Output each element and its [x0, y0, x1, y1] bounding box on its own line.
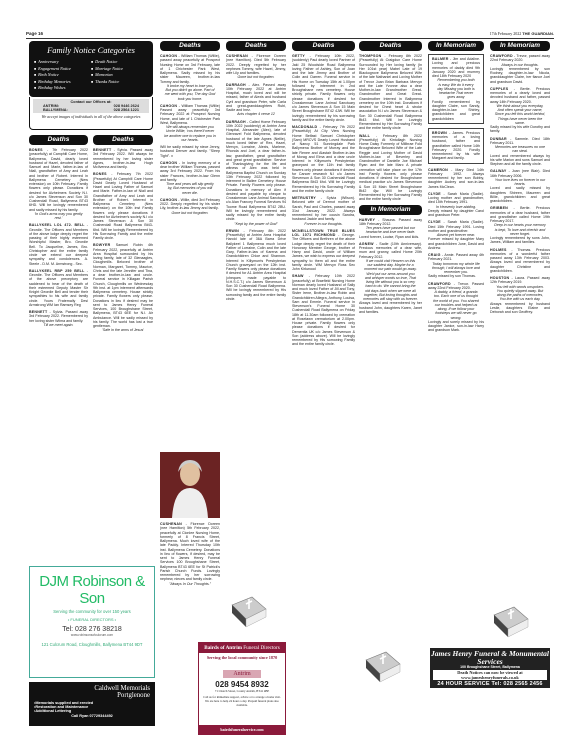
office-name: BALLYMENA: [43, 108, 68, 112]
notice: HOLMES - Thomas. Precious memories of a … [490, 248, 550, 274]
notice-body: CAHOON - William Thomas (Willie), passed… [160, 54, 220, 84]
ad-place: Portglenone [34, 692, 150, 699]
notice-body: BROWN - James. Precious memories of a lo… [432, 131, 480, 161]
notice-verse: Remembering you both is easy We do it ev… [436, 78, 476, 99]
notice-text: - February 7th 2022 (Peacefully) At City… [292, 125, 355, 193]
notice: BALMER - Jim and Adaline. Loving and pre… [428, 54, 484, 124]
notice-verse: 'In God's arms may you gently rest.' [33, 212, 84, 221]
notice: AGNEW - Sadie (10th Anniversary). Precio… [359, 242, 422, 314]
notice-signoff: Sadly missed by his wife Dorothy and fam… [490, 125, 550, 134]
notice: ERWIN - February 8th 2022 (Peacefully) a… [226, 229, 286, 301]
notice-signoff: Loved and sadly missed by daughters Shir… [490, 186, 550, 203]
notice-verse: Gone but not forgotten. [164, 211, 216, 215]
ad-caldwell-memorials[interactable]: Caldwell MemorialsPortglenone Memorials … [29, 682, 155, 726]
bible-icon [490, 605, 530, 639]
contact-offices: Contact our Offices at: ANTRIM:028 9446 … [33, 99, 149, 113]
notice-text: - Florence Doreen (nee Hamilton) 5th Feb… [160, 522, 220, 581]
notice: BENNETT - Sylvia. Passed away 3rd Februa… [29, 310, 88, 327]
page-number: Page 16 [26, 31, 43, 36]
column-deaths-2: Deaths BENNETT - Sylvia. Passed away 3rd… [93, 135, 153, 565]
ad-address: 121 Culcrum Road, Cloughmills, Ballymena… [30, 642, 154, 647]
category-item: Memorian [91, 72, 148, 79]
contact-box: Contact our Offices at: ANTRIM:028 9446 … [29, 97, 153, 130]
column-memoriam-1: In Memoriam BALMER - Jim and Adaline. Lo… [428, 41, 484, 651]
notice-signoff: Loved forever, Louise, Ryan and kids. [359, 235, 422, 239]
notice-body: GALWAY - Joan (nee Blair). Died 16th Feb… [490, 169, 550, 178]
notice-body: ERWIN - February 8th 2022 (Peacefully) a… [226, 229, 286, 301]
notice-text: - February 8th 2022 (Peacefully) At Crai… [359, 54, 422, 130]
notice-body: DARRAGH - Alex. Passed away 10th Februar… [226, 83, 286, 113]
notice: CLYDE - Sarah Maria (Sadie). Died 15th F… [428, 220, 484, 250]
notice-signoff: Lovingly remembered by son Rodney, daugh… [490, 67, 550, 84]
categories-title: Family Notice Categories [34, 45, 148, 55]
notice-verse: Forever in our thoughts. [296, 222, 351, 226]
notice-signoff: Sadly missed by son Thomas. [428, 274, 484, 278]
notice: THOMPSON - February 8th 2022 (Peacefully… [359, 54, 422, 131]
notice: BONES - 7th February 2022 (peacefully) a… [29, 148, 88, 220]
notice-verse: It broke my heart to lose you, But you d… [164, 84, 216, 101]
section-heading-in-memoriam: In Memoriam [359, 205, 422, 215]
notice-body: MCNEILLSTOWN TRUE BLUES LOL 1071 RICHMON… [292, 229, 355, 272]
notice: DARRAGH - Called Home February 10th 2022… [226, 120, 286, 226]
notice-text: - Geordie. The Officers and Members of t… [29, 223, 88, 265]
notice-verse: If we could visit Heaven on this our sad… [363, 259, 418, 302]
page-header: Page 16 17th February 2022 THE GUARDIAN. [26, 31, 554, 39]
notice-body: BALLYKEEL RBP 259 BELL - Geordie. The Of… [29, 269, 88, 307]
notice: CLYDE - Sarah Maria (Sadie). Loving moth… [428, 192, 484, 218]
ad-header: Bairds of Antrim Funeral Directors [199, 643, 285, 653]
notice-body: CLYDE - Sarah Maria (Sadie). Died 15th F… [428, 220, 484, 233]
ad-phone: 028 9454 8932 [199, 680, 285, 689]
notice: DARRAGH - Alex. Passed away 10th Februar… [226, 83, 286, 117]
ad-blurb: Call us for immediate support, advice or… [199, 695, 285, 707]
notice-verse: Today tomorrow my whole life through, I … [432, 262, 480, 275]
office-ballymena: BALLYMENA:028 2564 1221 [33, 108, 149, 112]
notice-body: MACDONALD - February 7th 2022 (Peacefull… [292, 125, 355, 193]
notice-body: CRAWFORD - Trevor. Passed away 22nd Febr… [428, 282, 484, 291]
section-heading-deaths: Deaths [93, 135, 153, 145]
notice-body: CUPPLES - Bertie. Precious memories of a… [490, 87, 550, 104]
ad-name: Bairds of Antrim [204, 645, 242, 651]
ad-call: Call Ryan 07729344492 [34, 714, 150, 718]
notice-body: CAHOON - Willie, died 3rd February 2022.… [160, 198, 220, 211]
notice: BONES - February 7th 2022 (Peacefully) A… [93, 172, 153, 240]
category-item: Birthday Memories [34, 79, 91, 86]
column-deaths-6: Deaths THOMPSON - February 8th 2022 (Pea… [359, 41, 422, 681]
notice-signoff: Lovingly remembered by sons John, James,… [490, 236, 550, 245]
notice: DUNBAR - Sammie. Died 18th February 2011… [490, 137, 550, 167]
notice-body: CAHOON - In loving memory of a dear brot… [160, 161, 220, 182]
column-deaths-5: Deaths GETTY - February 10th 2022, (sudd… [292, 41, 355, 581]
notice-verse: Time and years will slip gently by, But … [164, 182, 216, 195]
notice: MCNEILLSTOWN TRUE BLUES LOL 1071 RICHMON… [292, 229, 355, 272]
notice: CAHOON - Willie, died 3rd February 2022.… [160, 198, 220, 215]
notice-verse: 'Safe in the arms of Jesus' [97, 328, 149, 332]
categories-list: AnniversaryDeath NoticeEngagement Notice… [34, 59, 148, 92]
notice-signoff: Always loved and remembered by her husba… [359, 301, 422, 314]
notice-verse: We will always remember you Uncle Willie… [164, 125, 216, 142]
notice: CUSHENAN - Florence Doreen (nee Hamilton… [160, 522, 220, 586]
notice-body: CLYDE - Sarah Maria (Sadie). Loving moth… [428, 192, 484, 205]
notice-body: SHAW - February 10th 2022 (peacefully) a… [292, 274, 355, 346]
notice: CUPPLES - Bertie. Precious memories of a… [490, 87, 550, 134]
notice-body: Will be sadly missed by niece Jenny, hus… [160, 145, 220, 158]
images-note: We accept images of individuals in all o… [33, 114, 149, 119]
ad-bairds-of-antrim[interactable]: Bairds of Antrim Funeral Directors Servi… [198, 642, 286, 735]
notice-body: CAMERON - Mary Died 14th February 1992. … [428, 168, 484, 189]
ad-tagline: Serving the community for over 150 years [30, 609, 154, 614]
notice: GALWAY - Joan (nee Blair). Died 16th Feb… [490, 169, 550, 203]
section-heading-in-memoriam: In Memoriam [428, 41, 484, 51]
category-item: Engagement Notice [34, 66, 91, 73]
notice-verse: Deep in our hearts your memory is kept, … [494, 223, 546, 236]
category-item: Death Notice [91, 59, 148, 66]
bible-icon [362, 650, 402, 684]
notice-body: DUNBAR - Sammie. Died 18th February 2011… [490, 137, 550, 146]
section-heading-deaths: Deaths [160, 41, 220, 51]
notice-verse: We think about you everyday, And often s… [494, 104, 546, 125]
notice-verse: Gone but not forgotten. [230, 75, 282, 79]
section-heading-deaths: Deaths [29, 135, 88, 145]
column-deaths-3c: CUSHENAN - Florence Doreen (nee Hamilton… [160, 522, 220, 642]
issue-date: 17th February 2022 [490, 31, 522, 36]
family-notice-categories: Family Notice Categories AnniversaryDeat… [29, 41, 153, 97]
notice-body: CAHOON - William Thomas (Willie) Passed … [160, 104, 220, 125]
notice: BALLYKEEL RBP 259 BELL - Geordie. The Of… [29, 269, 88, 307]
notice-body: THOMPSON - February 8th 2022 (Peacefully… [359, 54, 422, 131]
ad-website[interactable]: bairdsfuneralservice.com [199, 725, 285, 734]
notice-body: HARVEY - Shauna. Passed away 18th Februa… [359, 218, 422, 227]
notice: BROWN - James. Precious memories of a lo… [428, 128, 484, 164]
notice-signoff: Loved and remembered always by his wife … [490, 154, 550, 167]
notice: BALLYKEEL LOL 472. BELL - Geordie. The O… [29, 223, 88, 266]
ad-notice[interactable]: Death Notices can now be viewed at www.j… [433, 670, 547, 680]
ad-phone: 24 HOUR SERVICE Tel: 028 2565 2456 [430, 681, 550, 687]
deceased-photo [160, 452, 220, 518]
notice-body: WALL - February 8th 2022 (Peacefully) At… [359, 134, 422, 202]
column-deaths-1: Deaths BONES - 7th February 2022 (peacef… [29, 135, 88, 565]
notice-verse: Ten years have passed but our heartache … [363, 226, 418, 235]
notice: CRAWFORD - Trevor, passed away 22nd Febr… [490, 54, 550, 84]
notice-text: - Sylvia (Wilson). Beloved wife of Dermo… [292, 196, 355, 221]
section-heading-deaths: Deaths [359, 41, 422, 51]
ad-title: James Henry Funeral & Monumental Service… [430, 648, 550, 665]
notice-body: CRAWFORD - Trevor, passed away 22nd Febr… [490, 54, 550, 63]
notice-text: - February 10th 2022, (suddenly) Paul de… [292, 54, 355, 122]
notice-text: - George. The Officers and Brethren of t… [292, 233, 355, 271]
notice-verse: Your love lives on forever in our hearts… [494, 178, 546, 187]
notice-body: BOWYER Samuel Rubin 4th February 2022, p… [93, 243, 153, 328]
notice-body: GRIBBEN - Bertie. Precious memories of a… [490, 206, 550, 223]
notice-text: - February 10th 2022 (peacefully) at Bra… [292, 274, 355, 346]
ad-service: • FUNERAL DIRECTORS • [30, 617, 154, 622]
notice-text: - February 7th 2022 (Peacefully) At Camp… [93, 172, 153, 240]
notice-body: CUSHENAN - Florence Doreen (nee Hamilton… [226, 54, 286, 75]
notice: CUSHENAN - Florence Doreen (nee Hamilton… [226, 54, 286, 80]
category-item: Birth Notice [34, 72, 91, 79]
notice-text: Will be sadly missed by niece Jenny, hus… [160, 145, 220, 158]
notice-text: - Thomas. Precious memories of a wonderf… [490, 248, 550, 273]
category-item: Marriage Notice [91, 66, 148, 73]
notice: GRIBBEN - Bertie. Precious memories of a… [490, 206, 550, 244]
notice: BOWYER Samuel Rubin 4th February 2022, p… [93, 243, 153, 332]
notice-body: BALLYKEEL LOL 472. BELL - Geordie. The O… [29, 223, 88, 266]
notice: CAHOON - William Thomas (Willie), passed… [160, 54, 220, 101]
category-item: Anniversary [34, 59, 91, 66]
bible-icon [228, 595, 268, 629]
notice-body: CRAIG - Annie. Passed away 4th February … [428, 253, 484, 262]
ad-services: Memorials supplied and erected Restorati… [34, 701, 150, 713]
notice-verse: "Kept by the power of God" [230, 222, 282, 226]
notice: WALL - February 8th 2022 (Peacefully) At… [359, 134, 422, 202]
notice-body: BENNETT - Sylvia. Passed away 3rd Februa… [93, 148, 153, 169]
section-heading-deaths: Deaths [226, 41, 286, 51]
notice-text: - Geordie. The Officers and Members of t… [29, 269, 88, 307]
section-heading-in-memoriam: In Memoriam [490, 41, 550, 51]
notice-text: - James. Precious memories of a loving h… [432, 131, 480, 161]
notice: CRAIG - Annie. Passed away 4th February … [428, 253, 484, 279]
ad-service-item: Additional Lettering [34, 709, 150, 713]
notice-verse: You left with words unspoken. You quietl… [494, 285, 546, 302]
notice-text: - William Thomas (Willie), passed away p… [160, 54, 220, 84]
notice-text: - Called Home February 10th 2022 (sudden… [226, 120, 286, 222]
notice-signoff: Always remembered by husband Leslie, dau… [490, 302, 550, 315]
notice-text: - Alex. Passed away 10th February 2022 a… [226, 83, 286, 113]
section-heading-deaths: Deaths [292, 41, 355, 51]
notice-text: - February 8th 2022 (Peacefully) at Antr… [226, 229, 286, 301]
notice-body: HOUSTON - Laura. Passed away 12th Februa… [490, 276, 550, 285]
portrait-image [160, 452, 220, 518]
notice-verse: A daddy, a friend, a granda too. Each on… [432, 290, 480, 320]
category-item: Thanks Notice [91, 79, 148, 86]
ad-phone: Tel: 028 276 38218 [30, 626, 154, 633]
notice-signoff: Forever missed by daughter Mary and gran… [428, 237, 484, 250]
notice-body: DARRAGH - Called Home February 10th 2022… [226, 120, 286, 222]
column-deaths-4: Deaths CUSHENAN - Florence Doreen (nee H… [226, 41, 286, 551]
paper-name: THE GUARDIAN. [522, 31, 554, 36]
notice-body: BONES - February 7th 2022 (Peacefully) A… [93, 172, 153, 240]
notice-verse: Acts chapter 4 verse 12 [230, 112, 282, 116]
notice: METRUSTRY - Sylvia (Wilson). Beloved wif… [292, 196, 355, 226]
notice: SHAW - February 10th 2022 (peacefully) a… [292, 274, 355, 346]
ad-website[interactable]: www.robinsonsofculcrum.com [30, 633, 154, 637]
notice: CAHOON - In loving memory of a dear brot… [160, 161, 220, 195]
category-item: Birthday Wishes [34, 85, 91, 92]
ad-town: Antrim [223, 670, 260, 678]
notice-text: Samuel Rubin 4th February 2022, peaceful… [93, 243, 153, 328]
ad-title: DJM Robinson & Son [30, 573, 154, 607]
notice-body: HOLMES - Thomas. Precious memories of a … [490, 248, 550, 274]
column-memoriam-2: In Memoriam CRAWFORD - Trevor, passed aw… [490, 41, 550, 641]
ad-tagline: Serving the local community since 1870 [199, 655, 285, 660]
notice-verse: "Always In Our Thoughts." [164, 582, 216, 586]
notice-signoff: Fondly remembered by daughter Claire, so… [432, 100, 480, 121]
ad-address: 100 Broughshane Street, Ballymena [430, 665, 550, 669]
notice: BENNETT - Sylvia. Passed away 3rd Februa… [93, 148, 153, 169]
notice-body: BONES - 7th February 2022 (peacefully) a… [29, 148, 88, 212]
ad-title: Caldwell MemorialsPortglenone [34, 685, 150, 699]
notice-signoff: Lovingly and sorely missed by his daught… [428, 320, 484, 333]
notice-body: BALMER - Jim and Adaline. Loving and pre… [432, 57, 480, 78]
notice: Will be sadly missed by niece Jenny, hus… [160, 145, 220, 158]
notice-body: CUSHENAN - Florence Doreen (nee Hamilton… [160, 522, 220, 582]
notice-body: AGNEW - Sadie (10th Anniversary). Precio… [359, 242, 422, 259]
ad-address: 71 Church Street, County Antrim, BT41 4B… [199, 689, 285, 693]
ad-name: Caldwell Memorials [34, 685, 150, 692]
notice-body: METRUSTRY - Sylvia (Wilson). Beloved wif… [292, 196, 355, 222]
masthead: 17th February 2022 THE GUARDIAN. [490, 31, 554, 36]
ad-djm-robinson[interactable]: DJM Robinson & Son Serving the community… [29, 566, 155, 678]
notice-text: - February 8th 2022 (Peacefully) At Kint… [359, 134, 422, 202]
notice: CAHOON - William Thomas (Willie) Passed … [160, 104, 220, 142]
notice-body: GETTY - February 10th 2022, (suddenly) P… [292, 54, 355, 122]
ad-james-henry[interactable]: James Henry Funeral & Monumental Service… [430, 648, 550, 688]
notice-body: BENNETT - Sylvia. Passed away 3rd Februa… [29, 310, 88, 323]
notice: GETTY - February 10th 2022, (suddenly) P… [292, 54, 355, 122]
notice: HARVEY - Shauna. Passed away 18th Februa… [359, 218, 422, 239]
notice: CRAWFORD - Trevor. Passed away 22nd Febr… [428, 282, 484, 333]
ad-suffix: Funeral Directors [243, 645, 279, 651]
notice-verse: Memories are treasures no one can steal. [494, 145, 546, 154]
office-phone: 028 2564 1221 [114, 108, 139, 112]
notice-text: - 7th February 2022 (peacefully) at Camp… [29, 148, 88, 212]
notice: MACDONALD - February 7th 2022 (Peacefull… [292, 125, 355, 193]
notice: CAMERON - Mary Died 14th February 1992. … [428, 168, 484, 189]
notice-verse: Till we meet again. [33, 323, 84, 327]
notice-signoff: Deeply missed by daughter Carol and gran… [428, 209, 484, 218]
notice: HOUSTON - Laura. Passed away 12th Februa… [490, 276, 550, 314]
